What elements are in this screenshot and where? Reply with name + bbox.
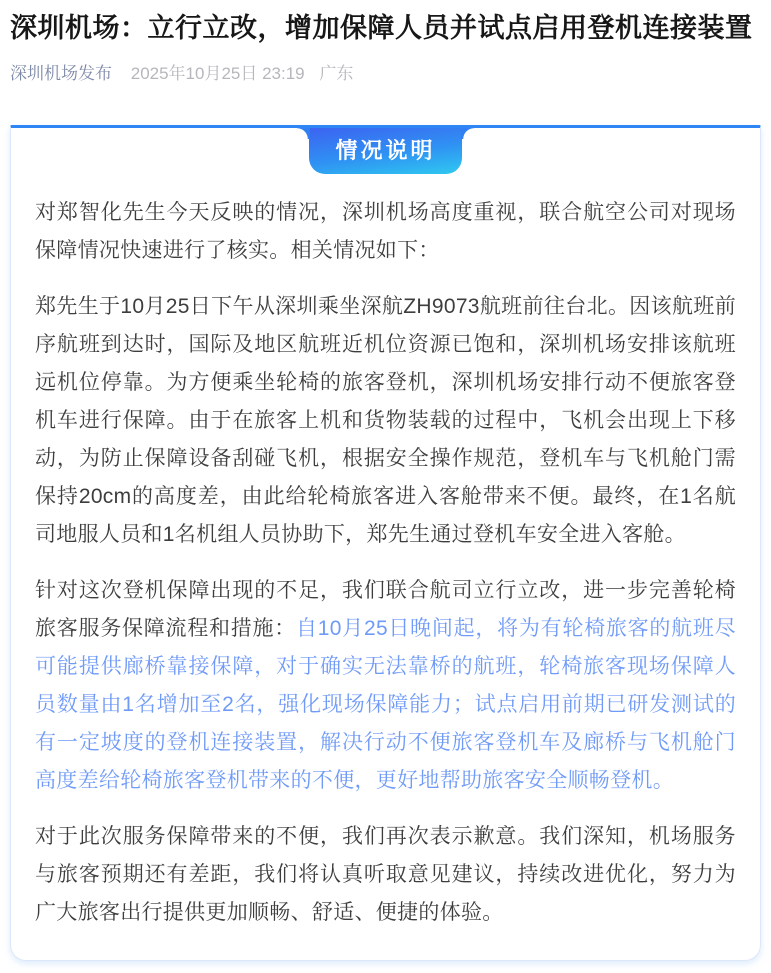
statement-paragraph-2: 郑先生于10月25日下午从深圳乘坐深航ZH9073航班前往台北。因该航班前序航班… [35, 288, 736, 554]
statement-paragraph-3: 针对这次登机保障出现的不足，我们联合航司立行立改，进一步完善轮椅旅客服务保障流程… [35, 572, 736, 800]
publish-region: 广东 [319, 64, 353, 83]
article-page: 深圳机场：立行立改，增加保障人员并试点启用登机连接装置 深圳机场发布 2025年… [0, 0, 771, 961]
paragraph-text: 对于此次服务保障带来的不便，我们再次表示歉意。我们深知，机场服务与旅客预期还有差… [35, 825, 736, 924]
statement-badge: 情况说明 [309, 128, 461, 174]
paragraph-text: 对郑智化先生今天反映的情况，深圳机场高度重视，联合航空公司对现场保障情况快速进行… [35, 201, 736, 262]
statement-badge-label: 情况说明 [335, 134, 435, 165]
page-title: 深圳机场：立行立改，增加保障人员并试点启用登机连接装置 [10, 10, 761, 46]
statement-paragraph-1: 对郑智化先生今天反映的情况，深圳机场高度重视，联合航空公司对现场保障情况快速进行… [35, 194, 736, 270]
statement-card: 情况说明 对郑智化先生今天反映的情况，深圳机场高度重视，联合航空公司对现场保障情… [10, 125, 761, 961]
badge-row: 情况说明 [11, 128, 760, 174]
byline: 深圳机场发布 2025年10月25日 23:19 广东 [10, 63, 761, 85]
publish-time: 2025年10月25日 23:19 [131, 64, 305, 83]
account-name[interactable]: 深圳机场发布 [10, 64, 112, 83]
paragraph-text: 郑先生于10月25日下午从深圳乘坐深航ZH9073航班前往台北。因该航班前序航班… [35, 295, 736, 546]
statement-paragraph-4: 对于此次服务保障带来的不便，我们再次表示歉意。我们深知，机场服务与旅客预期还有差… [35, 818, 736, 932]
paragraph-emphasis-text: 自10月25日晚间起，将为有轮椅旅客的航班尽可能提供廊桥靠接保障，对于确实无法靠… [35, 617, 736, 792]
